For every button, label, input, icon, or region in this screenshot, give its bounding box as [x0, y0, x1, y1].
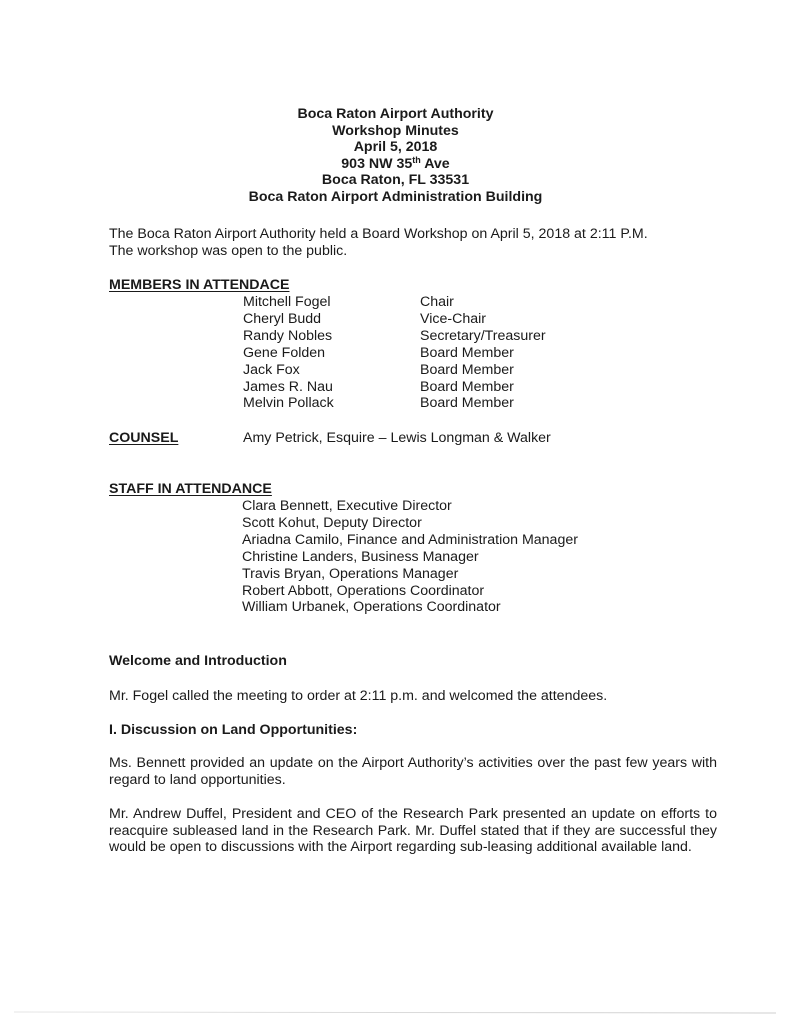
discussion-heading: I. Discussion on Land Opportunities:	[109, 722, 357, 738]
member-role: Board Member	[420, 345, 514, 362]
member-name: Melvin Pollack	[243, 395, 334, 412]
member-name: James R. Nau	[243, 379, 333, 396]
intro-line-1: The Boca Raton Airport Authority held a …	[109, 226, 719, 243]
member-name: Jack Fox	[243, 362, 300, 379]
welcome-heading: Welcome and Introduction	[109, 653, 287, 669]
members-heading: MEMBERS IN ATTENDACE	[109, 277, 290, 293]
welcome-text: Mr. Fogel called the meeting to order at…	[109, 688, 607, 704]
staff-member: Clara Bennett, Executive Director	[242, 498, 452, 515]
discussion-paragraph-1: Ms. Bennett provided an update on the Ai…	[109, 755, 717, 788]
staff-member: Ariadna Camilo, Finance and Administrati…	[242, 532, 578, 549]
member-name: Mitchell Fogel	[243, 294, 331, 311]
discussion-paragraph-2: Mr. Andrew Duffel, President and CEO of …	[109, 806, 717, 856]
address-ordinal-suffix: th	[412, 155, 421, 165]
counsel-heading: COUNSEL	[109, 430, 178, 446]
member-role: Board Member	[420, 362, 514, 379]
staff-member: Travis Bryan, Operations Manager	[242, 566, 458, 583]
scan-edge-line	[14, 1012, 776, 1014]
city-state-zip: Boca Raton, FL 33531	[0, 172, 791, 189]
address-prefix: 903 NW 35	[341, 156, 412, 172]
member-name: Randy Nobles	[243, 328, 332, 345]
organization-name: Boca Raton Airport Authority	[0, 106, 791, 123]
member-role: Chair	[420, 294, 454, 311]
staff-member: Robert Abbott, Operations Coordinator	[242, 583, 484, 600]
document-header: Boca Raton Airport Authority Workshop Mi…	[0, 106, 791, 206]
member-role: Secretary/Treasurer	[420, 328, 546, 345]
counsel-value: Amy Petrick, Esquire – Lewis Longman & W…	[243, 430, 551, 446]
member-name: Cheryl Budd	[243, 311, 321, 328]
staff-member: Scott Kohut, Deputy Director	[242, 515, 422, 532]
address-line: 903 NW 35th Ave	[0, 156, 791, 173]
member-role: Board Member	[420, 379, 514, 396]
meeting-date: April 5, 2018	[0, 139, 791, 156]
member-role: Vice-Chair	[420, 311, 486, 328]
member-name: Gene Folden	[243, 345, 325, 362]
staff-heading: STAFF IN ATTENDANCE	[109, 481, 272, 497]
staff-member: Christine Landers, Business Manager	[242, 549, 479, 566]
member-role: Board Member	[420, 395, 514, 412]
intro-line-2: The workshop was open to the public.	[109, 243, 719, 260]
document-type: Workshop Minutes	[0, 123, 791, 140]
members-section: MEMBERS IN ATTENDACE	[109, 277, 290, 293]
intro-paragraph: The Boca Raton Airport Authority held a …	[109, 226, 719, 259]
venue-name: Boca Raton Airport Administration Buildi…	[0, 189, 791, 206]
address-suffix: Ave	[421, 156, 450, 172]
staff-member: William Urbanek, Operations Coordinator	[242, 599, 501, 616]
